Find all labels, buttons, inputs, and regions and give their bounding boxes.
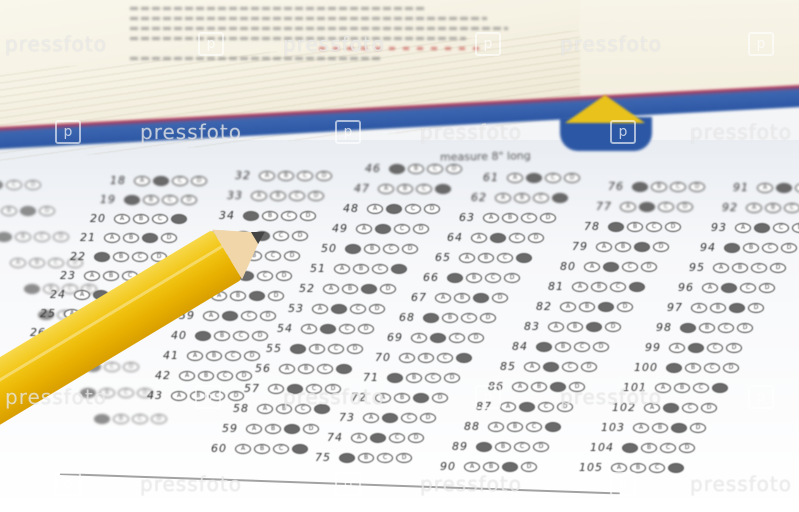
answer-bubble-b: B: [198, 371, 214, 381]
answer-bubble-d: D: [228, 391, 244, 401]
answer-row: 70ABCD: [375, 351, 472, 364]
answer-bubble-c: C: [526, 422, 542, 432]
answer-bubble-a: A: [495, 193, 511, 203]
answer-bubble-d: D: [380, 284, 396, 294]
answer-row: 86ABCD: [488, 380, 585, 393]
answer-bubble-b: B: [490, 233, 506, 243]
answer-row: 95ABCD: [689, 261, 786, 274]
answer-bubble-a: A: [691, 303, 707, 313]
answer-row: 20ABCD: [90, 212, 187, 225]
answer-bubble-b: B: [732, 263, 748, 273]
answer-bubble-c: C: [142, 233, 158, 243]
answer-bubble-b: B: [710, 303, 726, 313]
answer-bubble-c: C: [437, 353, 453, 363]
answer-row: 49ABCD: [332, 222, 429, 235]
answer-bubble-d: D: [528, 233, 544, 243]
question-number: 80: [560, 260, 576, 273]
answer-bubble-a: A: [488, 422, 504, 432]
answer-bubble-a: A: [548, 322, 564, 332]
answer-bubble-c: C: [762, 243, 778, 253]
answer-row: 50ABCD: [321, 242, 418, 255]
answer-bubble-a: A: [483, 213, 499, 223]
answer-bubble-d: D: [665, 222, 681, 232]
answer-bubble-d: D: [557, 402, 573, 412]
book-printed-text: [130, 0, 550, 67]
answer-bubble-b: B: [262, 211, 278, 221]
answer-bubble-c: C: [574, 342, 590, 352]
answer-bubble-c: C: [118, 388, 134, 398]
answer-row: 97ABCD: [667, 301, 764, 314]
answer-bubble-b: B: [603, 262, 619, 272]
question-number: 21: [80, 231, 96, 244]
answer-row: 92ABCD: [722, 201, 799, 214]
question-number: 49: [332, 222, 348, 235]
answer-bubble-b: B: [320, 324, 336, 334]
answer-bubble-a: A: [187, 351, 203, 361]
answer-bubble-b: B: [688, 343, 704, 353]
answer-row: 103ABCD: [601, 421, 706, 434]
answer-bubble-b: B: [685, 363, 701, 373]
answer-bubble-b: B: [543, 362, 559, 372]
answer-row: 39ABCD: [179, 309, 276, 322]
answer-bubble-b: B: [531, 382, 547, 392]
answer-bubble-a: A: [572, 282, 588, 292]
answer-bubble-b: B: [406, 373, 422, 383]
answer-bubble-c: C: [634, 242, 650, 252]
answer-bubble-d: D: [516, 253, 532, 263]
answer-bubble-d: D: [504, 273, 520, 283]
answer-row: 65ABCD: [435, 251, 532, 264]
answer-bubble-c: C: [461, 313, 477, 323]
answer-bubble-a: A: [80, 388, 96, 398]
answer-bubble-b: B: [358, 453, 374, 463]
answer-row: 75ABCD: [315, 451, 412, 464]
question-number: 53: [288, 302, 304, 315]
answer-bubble-c: C: [162, 195, 178, 205]
answer-bubble-b: B: [143, 195, 159, 205]
question-number: 90: [440, 460, 456, 473]
answer-row: 93ABCD: [711, 221, 799, 234]
answer-bubble-c: C: [405, 204, 421, 214]
answer-row: 78ABCD: [584, 220, 681, 233]
answer-bubble-b: B: [265, 424, 281, 434]
answer-bubble-a: A: [724, 243, 740, 253]
answer-bubble-d: D: [456, 353, 472, 363]
answer-bubble-d: D: [276, 271, 292, 281]
answer-bubble-a: A: [471, 233, 487, 243]
answer-row: ABCD: [0, 232, 69, 242]
answer-row: 80ABCD: [560, 260, 657, 273]
question-number: 55: [266, 342, 282, 355]
answer-row: 59ABCD: [222, 422, 319, 435]
answer-row: 82ABCD: [536, 300, 633, 313]
question-number: 22: [70, 250, 86, 263]
answer-row: 56ABCD: [255, 362, 352, 375]
question-number: 51: [310, 262, 326, 275]
answer-bubble-d: D: [424, 204, 440, 214]
answer-bubble-d: D: [171, 214, 187, 224]
answer-bubble-b: B: [370, 433, 386, 443]
answer-bubble-c: C: [104, 362, 120, 372]
answer-bubble-a: A: [24, 284, 40, 294]
question-number: 74: [327, 431, 343, 444]
answer-bubble-a: A: [524, 362, 540, 372]
answer-bubble-c: C: [682, 403, 698, 413]
answer-bubble-a: A: [203, 311, 219, 321]
question-number: 75: [315, 451, 331, 464]
answer-bubble-b: B: [466, 273, 482, 283]
answer-bubble-d: D: [252, 331, 268, 341]
answer-row: 19ABCD: [100, 193, 197, 206]
answer-bubble-b: B: [331, 304, 347, 314]
question-number: 101: [623, 381, 647, 394]
answer-bubble-b: B: [674, 383, 690, 393]
question-number: 41: [163, 349, 179, 362]
answer-row: 90ABCD: [440, 460, 537, 473]
answer-bubble-d: D: [408, 433, 424, 443]
question-number: 58: [233, 402, 249, 415]
answer-bubble-d: D: [314, 404, 330, 414]
answer-bubble-d: D: [540, 213, 556, 223]
answer-bubble-b: B: [394, 393, 410, 403]
answer-bubble-b: B: [1, 206, 17, 216]
question-number: 72: [351, 391, 367, 404]
answer-bubble-d: D: [668, 463, 684, 473]
answer-bubble-a: A: [608, 222, 624, 232]
answer-bubble-c: C: [339, 324, 355, 334]
answer-bubble-c: C: [152, 214, 168, 224]
answer-bubble-b: B: [478, 253, 494, 263]
answer-bubble-d: D: [677, 202, 693, 212]
answer-bubble-d: D: [533, 442, 549, 452]
answer-bubble-a: A: [423, 313, 439, 323]
answer-bubble-c: C: [249, 291, 265, 301]
question-number: 33: [227, 189, 243, 202]
answer-bubble-b: B: [386, 204, 402, 214]
question-number: 103: [601, 421, 625, 434]
answer-bubble-c: C: [284, 424, 300, 434]
question-number: 64: [447, 231, 463, 244]
question-number: 102: [612, 401, 636, 414]
answer-bubble-b: B: [206, 351, 222, 361]
answer-bubble-b: B: [364, 244, 380, 254]
answer-row: 81ABCD: [548, 280, 645, 293]
answer-bubble-b: B: [567, 322, 583, 332]
answer-row: 62ABCD: [471, 191, 568, 204]
answer-bubble-d: D: [369, 304, 385, 314]
answer-bubble-d: D: [123, 362, 139, 372]
question-number: 19: [100, 193, 116, 206]
answer-bubble-b: B: [103, 271, 119, 281]
answer-bubble-c: C: [729, 303, 745, 313]
answer-bubble-d: D: [432, 393, 448, 403]
question-number: 57: [244, 382, 260, 395]
answer-bubble-c: C: [538, 402, 554, 412]
answer-bubble-a: A: [345, 244, 361, 254]
answer-row: 52ABCD: [299, 282, 396, 295]
question-number: 105: [579, 461, 603, 474]
answer-bubble-b: B: [641, 443, 657, 453]
answer-bubble-d: D: [593, 342, 609, 352]
answer-bubble-a: A: [746, 203, 762, 213]
answer-row: 55ABCD: [266, 342, 363, 355]
answer-bubble-c: C: [401, 413, 417, 423]
book-spine-thread: [565, 95, 645, 123]
question-number: 71: [363, 371, 379, 384]
answer-bubble-a: A: [459, 253, 475, 263]
answer-bubble-b: B: [743, 243, 759, 253]
answer-bubble-a: A: [363, 413, 379, 423]
answer-row: ABCD: [86, 414, 167, 424]
answer-bubble-b: B: [298, 364, 314, 374]
question-number: 98: [656, 321, 672, 334]
question-number: 42: [155, 369, 171, 382]
answer-bubble-c: C: [449, 333, 465, 343]
answer-row: 72ABCD: [351, 391, 448, 404]
answer-row: 67ABCD: [411, 291, 508, 304]
answer-bubble-d: D: [161, 233, 177, 243]
answer-row: ABCD: [0, 206, 55, 216]
answer-bubble-d: D: [181, 195, 197, 205]
answer-bubble-a: A: [680, 323, 696, 333]
answer-row: 22ABCD: [70, 250, 167, 263]
answer-bubble-a: A: [323, 284, 339, 294]
answer-bubble-a: A: [279, 364, 295, 374]
answer-bubble-b: B: [442, 313, 458, 323]
answer-bubble-c: C: [273, 231, 289, 241]
answer-bubble-c: C: [671, 423, 687, 433]
question-number: 66: [423, 271, 439, 284]
answer-bubble-b: B: [353, 264, 369, 274]
answer-row: 88ABCD: [464, 420, 561, 433]
answer-row: 83ABCD: [524, 320, 621, 333]
answer-bubble-b: B: [270, 191, 286, 201]
answer-bubble-a: A: [94, 414, 110, 424]
question-number: 67: [411, 291, 427, 304]
answer-row: 87ABCD: [476, 400, 573, 413]
answer-bubble-b: B: [29, 258, 45, 268]
question-number: 88: [464, 420, 480, 433]
answer-bubble-c: C: [646, 222, 662, 232]
answer-bubble-c: C: [740, 283, 756, 293]
answer-bubble-a: A: [124, 195, 140, 205]
answer-row: 48ABCD: [343, 202, 440, 215]
answer-bubble-c: C: [257, 271, 273, 281]
answer-bubble-c: C: [550, 382, 566, 392]
answer-bubble-b: B: [375, 224, 391, 234]
answer-bubble-a: A: [536, 342, 552, 352]
answer-bubble-c: C: [598, 302, 614, 312]
answer-bubble-c: C: [497, 253, 513, 263]
answer-bubble-d: D: [492, 293, 508, 303]
question-number: 63: [459, 211, 475, 224]
answer-bubble-a: A: [367, 204, 383, 214]
answer-bubble-b: B: [99, 388, 115, 398]
answer-bubble-c: C: [209, 391, 225, 401]
answer-bubble-a: A: [611, 463, 627, 473]
answer-row: 73ABCD: [339, 411, 436, 424]
answer-bubble-d: D: [480, 313, 496, 323]
answer-bubble-c: C: [350, 304, 366, 314]
answer-bubble-b: B: [754, 223, 770, 233]
answer-bubble-a: A: [312, 304, 328, 314]
answer-bubble-c: C: [509, 233, 525, 243]
answer-bubble-b: B: [454, 293, 470, 303]
answer-bubble-d: D: [303, 424, 319, 434]
answer-bubble-d: D: [236, 371, 252, 381]
answer-bubble-c: C: [693, 383, 709, 393]
answer-bubble-c: C: [521, 213, 537, 223]
answer-bubble-c: C: [394, 224, 410, 234]
answer-bubble-c: C: [660, 443, 676, 453]
answer-bubble-a: A: [596, 242, 612, 252]
question-number: 87: [476, 400, 492, 413]
answer-bubble-d: D: [468, 333, 484, 343]
answer-bubble-b: B: [15, 232, 31, 242]
answer-bubble-b: B: [123, 233, 139, 243]
question-number: 48: [343, 202, 359, 215]
answer-row: 21ABCD: [80, 231, 177, 244]
answer-bubble-a: A: [246, 424, 262, 434]
answer-bubble-a: A: [94, 252, 110, 262]
answer-bubble-d: D: [151, 414, 167, 424]
answer-bubble-b: B: [342, 284, 358, 294]
answer-bubble-a: A: [622, 443, 638, 453]
answer-bubble-b: B: [627, 222, 643, 232]
answer-bubble-d: D: [325, 384, 341, 394]
answer-bubble-c: C: [658, 202, 674, 212]
answer-bubble-d: D: [690, 423, 706, 433]
answer-bubble-d: D: [581, 362, 597, 372]
answer-bubble-d: D: [391, 264, 407, 274]
answer-bubble-d: D: [723, 363, 739, 373]
answer-bubble-d: D: [641, 262, 657, 272]
answer-bubble-b: B: [113, 252, 129, 262]
question-number: 43: [147, 389, 163, 402]
answer-bubble-a: A: [84, 271, 100, 281]
answer-bubble-a: A: [268, 384, 284, 394]
answer-bubble-c: C: [295, 404, 311, 414]
question-number: 23: [60, 269, 76, 282]
answer-row: 84ABCD: [512, 340, 609, 353]
answer-bubble-b: B: [430, 333, 446, 343]
answer-row: 40ABCD: [171, 329, 268, 342]
answer-bubble-a: A: [10, 258, 26, 268]
answer-bubble-c: C: [707, 343, 723, 353]
answer-bubble-d: D: [336, 364, 352, 374]
question-number: 84: [512, 340, 528, 353]
question-number: 99: [645, 341, 661, 354]
question-number: 86: [488, 380, 504, 393]
answer-bubble-d: D: [358, 324, 374, 334]
answer-bubble-c: C: [562, 362, 578, 372]
answer-bubble-b: B: [190, 391, 206, 401]
answer-bubble-c: C: [784, 203, 799, 213]
answer-bubble-c: C: [217, 371, 233, 381]
question-number: 59: [222, 422, 238, 435]
answer-bubble-c: C: [413, 393, 429, 403]
answer-bubble-c: C: [485, 273, 501, 283]
question-number: 81: [548, 280, 564, 293]
answer-bubble-d: D: [347, 344, 363, 354]
answer-bubble-d: D: [712, 383, 728, 393]
answer-bubble-a: A: [633, 423, 649, 433]
answer-bubble-a: A: [114, 214, 130, 224]
answer-bubble-d: D: [679, 443, 695, 453]
question-number: 89: [452, 440, 468, 453]
answer-bubble-d: D: [413, 224, 429, 234]
answer-bubble-b: B: [214, 331, 230, 341]
answer-bubble-d: D: [268, 291, 284, 301]
answer-bubble-b: B: [639, 202, 655, 212]
question-number: 104: [590, 441, 614, 454]
answer-bubble-b: B: [483, 462, 499, 472]
answer-bubble-b: B: [254, 444, 270, 454]
question-number: 92: [722, 201, 738, 214]
answer-bubble-a: A: [713, 263, 729, 273]
answer-bubble-a: A: [339, 453, 355, 463]
answer-row: 60ABCD: [211, 442, 308, 455]
question-number: 20: [90, 212, 106, 225]
answer-bubble-c: C: [273, 444, 289, 454]
answer-row: 101ABCD: [623, 381, 728, 394]
answer-bubble-b: B: [276, 404, 292, 414]
answer-bubble-d: D: [39, 206, 55, 216]
answer-bubble-b: B: [615, 242, 631, 252]
answer-bubble-a: A: [560, 302, 576, 312]
question-number: 77: [596, 200, 612, 213]
answer-row: 43ABCD: [147, 389, 244, 402]
answer-bubble-b: B: [663, 403, 679, 413]
answer-row: 77ABCD: [596, 200, 693, 213]
answer-bubble-a: A: [257, 404, 273, 414]
answer-bubble-d: D: [402, 244, 418, 254]
answer-row: 41ABCD: [163, 349, 260, 362]
question-number: 52: [299, 282, 315, 295]
question-number: 83: [524, 320, 540, 333]
answer-bubble-c: C: [289, 191, 305, 201]
answer-row: 68ABCD: [399, 311, 496, 324]
answer-bubble-d: D: [781, 243, 797, 253]
answer-bubble-c: C: [514, 442, 530, 452]
answer-bubble-b: B: [113, 414, 129, 424]
answer-bubble-a: A: [620, 202, 636, 212]
answer-bubble-b: B: [579, 302, 595, 312]
answer-bubble-a: A: [171, 391, 187, 401]
answer-bubble-b: B: [721, 283, 737, 293]
answer-bubble-d: D: [545, 422, 561, 432]
answer-bubble-b: B: [630, 463, 646, 473]
answer-row: 42ABCD: [155, 369, 252, 382]
answer-bubble-a: A: [669, 343, 685, 353]
answer-row: 98ABCD: [656, 321, 753, 334]
answer-bubble-d: D: [605, 322, 621, 332]
answer-bubble-c: C: [306, 384, 322, 394]
answer-bubble-d: D: [308, 191, 324, 201]
question-number: 78: [584, 220, 600, 233]
answer-bubble-a: A: [195, 331, 211, 341]
answer-bubble-a: A: [411, 333, 427, 343]
answer-bubble-a: A: [512, 382, 528, 392]
answer-bubble-a: A: [399, 353, 415, 363]
answer-bubble-c: C: [361, 284, 377, 294]
sheet-caption: measure 8" long: [440, 149, 531, 164]
answer-row: 71ABCD: [363, 371, 460, 384]
question-number: 95: [689, 261, 705, 274]
answer-bubble-d: D: [396, 453, 412, 463]
answer-bubble-a: A: [464, 462, 480, 472]
answer-row: 96ABCD: [678, 281, 775, 294]
